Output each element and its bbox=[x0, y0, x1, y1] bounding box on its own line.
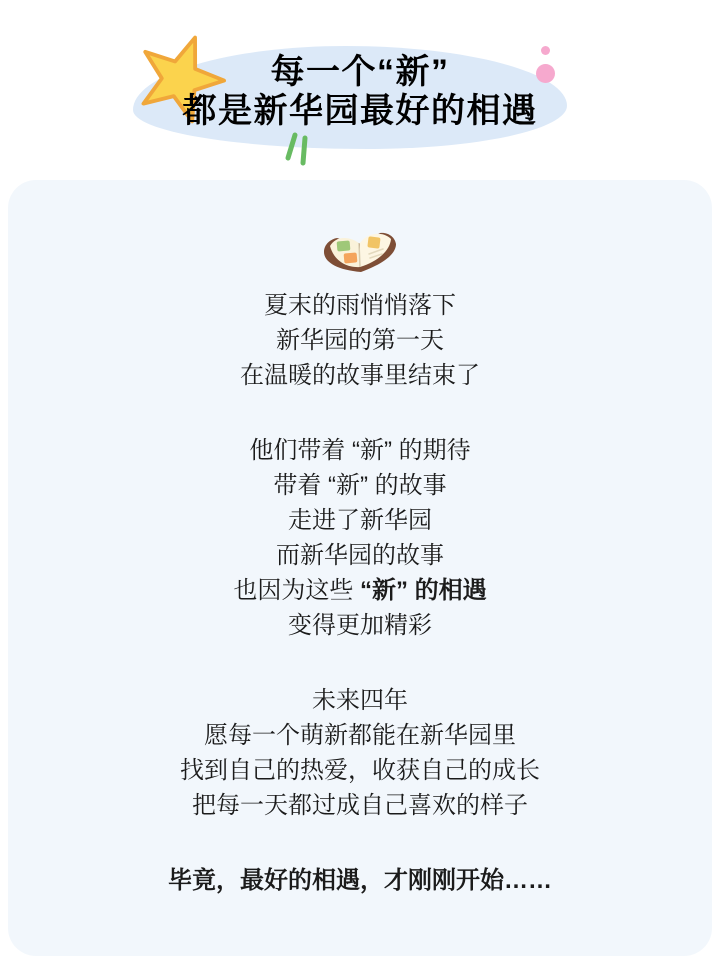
open-book-icon bbox=[8, 224, 712, 274]
poem-text: 走进了新华园 bbox=[288, 507, 432, 534]
poem-text-bold: “新” 的相遇 bbox=[360, 577, 487, 604]
poem-text: 找到自己的热爱，收获自己的成长 bbox=[180, 757, 540, 784]
poem-text: 变得更加精彩 bbox=[288, 612, 432, 639]
poem-text-bold: 毕竟，最好的相遇，才刚刚开始…… bbox=[168, 867, 552, 894]
poem-line: 也因为这些 “新” 的相遇 bbox=[8, 573, 712, 608]
poem-line: 他们带着 “新” 的期待 bbox=[8, 433, 712, 468]
poem-text: 带着 “新” 的故事 bbox=[273, 472, 446, 499]
poem-line: 愿每一个萌新都能在新华园里 bbox=[8, 718, 712, 753]
page-title: 每一个“新” 都是新华园最好的相遇 bbox=[0, 53, 720, 131]
poem-text: 把每一天都过成自己喜欢的样子 bbox=[192, 792, 528, 819]
poem-line: 走进了新华园 bbox=[8, 503, 712, 538]
poem-line: 变得更加精彩 bbox=[8, 608, 712, 643]
poem-text: 在温暖的故事里结束了 bbox=[240, 362, 480, 389]
poem-text: 也因为这些 bbox=[233, 577, 360, 604]
poem-text: 他们带着 “新” 的期待 bbox=[249, 437, 470, 464]
poem-line: 带着 “新” 的故事 bbox=[8, 468, 712, 503]
poem-stanza: 毕竟，最好的相遇，才刚刚开始…… bbox=[8, 863, 712, 898]
poem-text: 而新华园的故事 bbox=[276, 542, 444, 569]
poem-line: 在温暖的故事里结束了 bbox=[8, 358, 712, 393]
poem-line: 而新华园的故事 bbox=[8, 538, 712, 573]
double-slash-icon bbox=[282, 130, 312, 170]
poem-stanza: 未来四年愿每一个萌新都能在新华园里找到自己的热爱，收获自己的成长把每一天都过成自… bbox=[8, 683, 712, 823]
poem-text: 愿每一个萌新都能在新华园里 bbox=[204, 722, 516, 749]
poem-line: 找到自己的热爱，收获自己的成长 bbox=[8, 753, 712, 788]
poem: 夏末的雨悄悄落下新华园的第一天在温暖的故事里结束了他们带着 “新” 的期待带着 … bbox=[8, 288, 712, 898]
title-line-2: 都是新华园最好的相遇 bbox=[0, 92, 720, 131]
header: 每一个“新” 都是新华园最好的相遇 bbox=[0, 0, 720, 180]
poem-stanza: 夏末的雨悄悄落下新华园的第一天在温暖的故事里结束了 bbox=[8, 288, 712, 393]
poem-line: 新华园的第一天 bbox=[8, 323, 712, 358]
title-line-1: 每一个“新” bbox=[0, 53, 720, 92]
poem-line: 把每一天都过成自己喜欢的样子 bbox=[8, 788, 712, 823]
poem-text: 未来四年 bbox=[312, 687, 408, 714]
poem-line: 毕竟，最好的相遇，才刚刚开始…… bbox=[8, 863, 712, 898]
poem-text: 夏末的雨悄悄落下 bbox=[264, 292, 456, 319]
poem-text: 新华园的第一天 bbox=[276, 327, 444, 354]
poem-line: 夏末的雨悄悄落下 bbox=[8, 288, 712, 323]
poem-stanza: 他们带着 “新” 的期待带着 “新” 的故事走进了新华园而新华园的故事也因为这些… bbox=[8, 433, 712, 643]
content-card: 夏末的雨悄悄落下新华园的第一天在温暖的故事里结束了他们带着 “新” 的期待带着 … bbox=[8, 180, 712, 956]
poem-line: 未来四年 bbox=[8, 683, 712, 718]
